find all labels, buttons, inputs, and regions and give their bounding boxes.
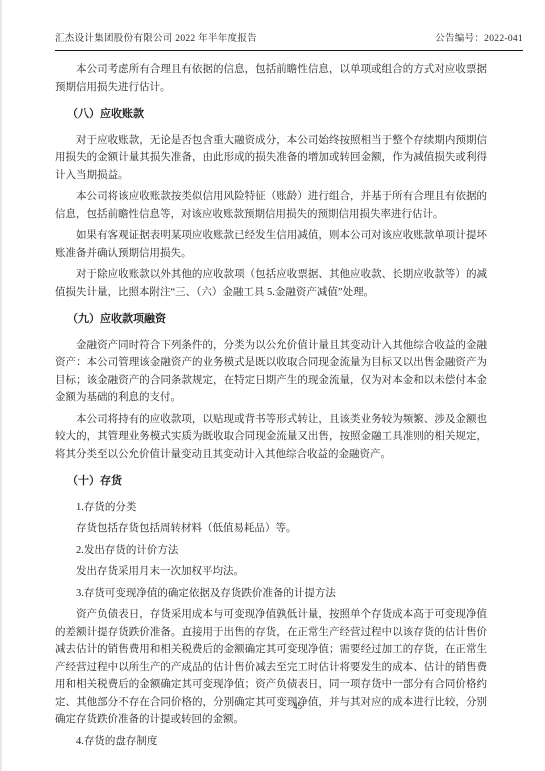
- subitem-nrv-provision-method: 3.存货可变现净值的确定依据及存货跌价准备的计提方法: [55, 585, 487, 603]
- document-page: 汇杰设计集团股份有限公司 2022 年半年度报告 公告编号：2022-041 本…: [0, 0, 545, 771]
- section-heading-receivables-financing: （九）应收款项融资: [55, 311, 487, 329]
- paragraph-other-receivables-impairment: 对于除应收账款以外其他的应收款项（包括应收票据、其他应收款、长期应收款等）的减值…: [55, 266, 487, 301]
- document-body: 本公司考虑所有合理且有依据的信息，包括前瞻性信息，以单项或组合的方式对应收票据预…: [55, 57, 487, 754]
- subitem-inventory-issue-valuation: 2.发出存货的计价方法: [55, 542, 487, 560]
- paragraph-discount-endorsement-transfer: 本公司将持有的应收款项，以贴现或背书等形式转让，且该类业务较为频繁、涉及金额也较…: [55, 411, 487, 464]
- section-heading-accounts-receivable: （八）应收账款: [55, 106, 487, 124]
- report-title: 汇杰设计集团股份有限公司 2022 年半年度报告: [55, 30, 257, 44]
- paragraph-weighted-average-method: 发出存货采用月末一次加权平均法。: [55, 563, 487, 581]
- paragraph-ar-credit-risk-grouping: 本公司将该应收账款按类似信用风险特征（账龄）进行组合，并基于所有合理且有依据的信…: [55, 188, 487, 223]
- subitem-inventory-count-system: 4.存货的盘存制度: [55, 733, 487, 751]
- section-heading-inventory: （十）存货: [55, 473, 487, 491]
- paragraph-fvoci-classification: 金融资产同时符合下列条件的，分类为以公允价值计量且其变动计入其他综合收益的金融资…: [55, 337, 487, 407]
- subitem-inventory-classification: 1.存货的分类: [55, 499, 487, 517]
- page-number: 45: [25, 701, 545, 711]
- report-header: 汇杰设计集团股份有限公司 2022 年半年度报告 公告编号：2022-041: [55, 30, 523, 51]
- paragraph-ar-objective-evidence: 如果有客观证据表明某项应收账款已经发生信用减值，则本公司对该应收账款单项计提坏账…: [55, 227, 487, 262]
- paragraph-inventory-scope: 存货包括存货包括周转材料（低值易耗品）等。: [55, 520, 487, 538]
- announcement-number: 公告编号：2022-041: [435, 30, 523, 44]
- paragraph-ar-lifetime-ecl: 对于应收账款，无论是否包含重大融资成分，本公司始终按照相当于整个存续期内预期信用…: [55, 132, 487, 185]
- paragraph-notes-receivable-ecl-estimate: 本公司考虑所有合理且有依据的信息，包括前瞻性信息，以单项或组合的方式对应收票据预…: [55, 61, 487, 96]
